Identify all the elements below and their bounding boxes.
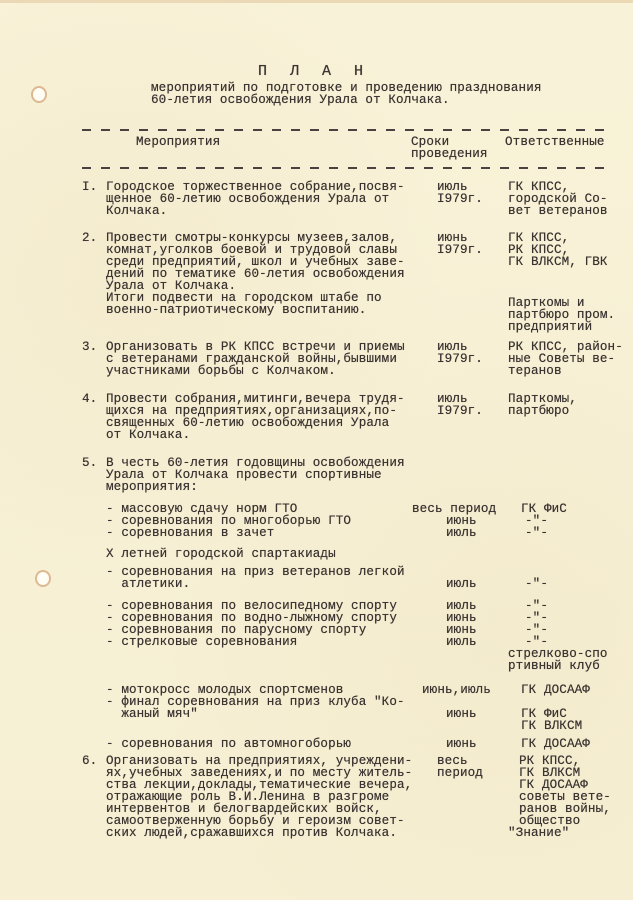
- spartakiad-heading: Х летней городской спартакиады: [106, 548, 336, 560]
- item-text: военно-патриотическому воспитанию.: [106, 304, 366, 316]
- sport-date: июнь: [446, 708, 477, 720]
- sport-responsible: ГК ВЛКСМ: [521, 720, 582, 732]
- sport-responsible: -"-: [525, 527, 548, 539]
- sport-date: июль: [446, 578, 477, 590]
- sport-event: - стрелковые соревнования: [106, 636, 297, 648]
- item-number: 2.: [82, 232, 97, 244]
- item-dates: I979г.: [437, 244, 483, 256]
- header-dates: проведения: [411, 148, 488, 160]
- item-dates: I979г.: [437, 193, 483, 205]
- item-responsible: "Знание": [508, 827, 569, 839]
- sport-event: - соревнования в зачет: [106, 527, 274, 539]
- item-number: 6.: [82, 755, 97, 767]
- document-title: П Л А Н: [258, 63, 370, 80]
- item-text: Колчака.: [106, 205, 167, 217]
- punch-hole: [37, 572, 49, 585]
- item-text: мероприятия:: [106, 481, 198, 493]
- sport-date: июль: [446, 636, 477, 648]
- item-text: ских людей,сражавшихся против Колчака.: [106, 827, 397, 839]
- item-dates: I979г.: [437, 353, 483, 365]
- item-dates: I979г.: [437, 405, 483, 417]
- sport-date: июнь,июль: [422, 684, 491, 696]
- item-responsible: предприятий: [508, 321, 592, 333]
- sport-date: июнь: [446, 738, 477, 750]
- paper-top-edge: [0, 0, 633, 3]
- sport-event: - соревнования по автомногоборью: [106, 738, 351, 750]
- item-responsible: партбюро: [508, 405, 569, 417]
- item-number: 3.: [82, 341, 97, 353]
- item-dates: период: [437, 767, 483, 779]
- item-responsible: вет ветеранов: [508, 205, 608, 217]
- item-text: участниками борьбы с Колчаком.: [106, 365, 336, 377]
- sport-event: жаный мяч": [106, 708, 198, 720]
- table-divider: [82, 129, 612, 131]
- sport-responsible: ГК ДОСААФ: [521, 738, 590, 750]
- header-events: Мероприятия: [136, 136, 220, 148]
- item-number: 4.: [82, 393, 97, 405]
- sport-responsible: ГК ДОСААФ: [521, 684, 590, 696]
- sport-event: атлетики.: [106, 578, 190, 590]
- punch-hole: [33, 88, 45, 101]
- subtitle-line: 60-летия освобождения Урала от Колчака.: [151, 94, 450, 106]
- item-number: I.: [82, 181, 97, 193]
- sport-responsible: ртивный клуб: [508, 660, 600, 672]
- sport-responsible: -"-: [525, 578, 548, 590]
- item-text: от Колчака.: [106, 429, 190, 441]
- table-divider: [82, 167, 612, 169]
- sport-date: июль: [446, 527, 477, 539]
- item-responsible: ГК ВЛКСМ, ГВК: [508, 256, 608, 268]
- item-number: 5.: [82, 457, 97, 469]
- item-responsible: теранов: [508, 365, 562, 377]
- header-responsible: Ответственные: [505, 136, 605, 148]
